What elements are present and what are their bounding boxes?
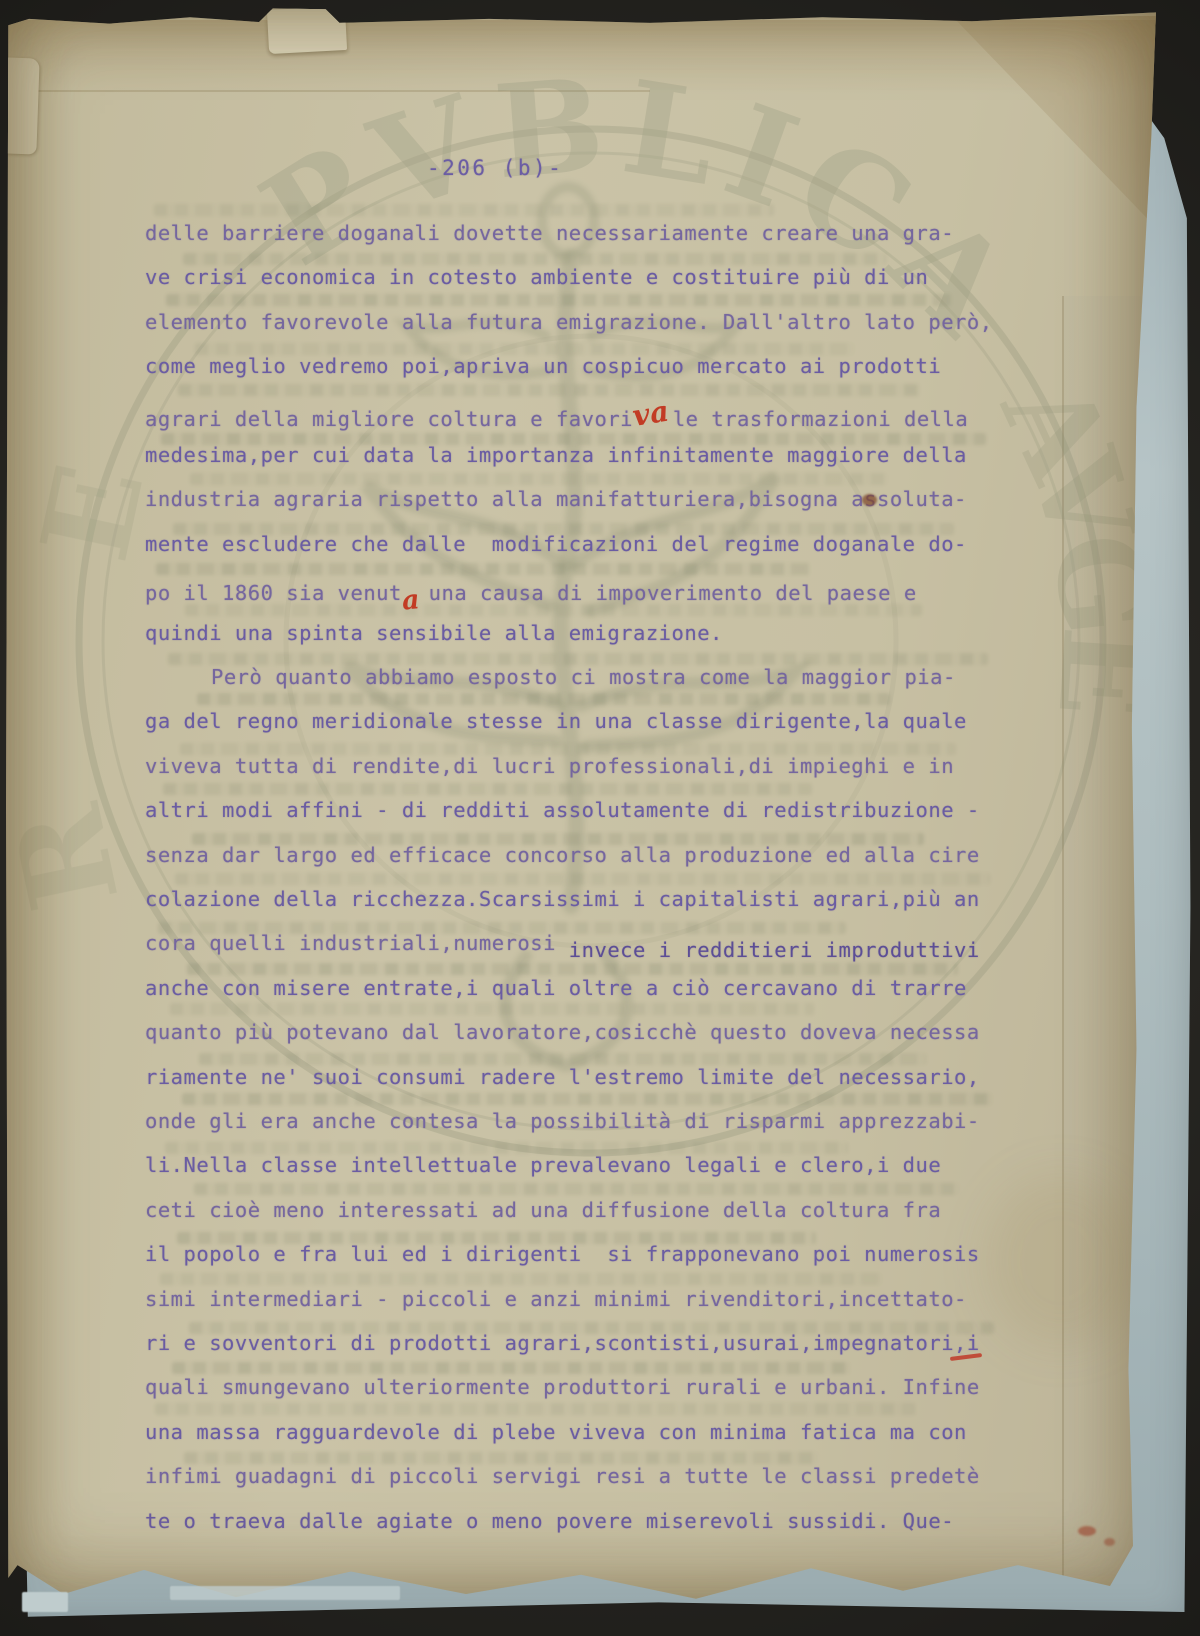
torn-paper-fragment	[22, 1592, 68, 1612]
typed-line: senza dar largo ed efficace concorso all…	[145, 843, 980, 867]
torn-edge-flap	[2, 57, 39, 154]
typed-line: ve crisi economica in cotesto ambiente e…	[145, 265, 928, 289]
typed-line: industria agraria rispetto alla manifatt…	[145, 487, 967, 511]
rust-stain	[1078, 1526, 1096, 1536]
ink-stain	[862, 494, 877, 506]
typed-line: simi intermediari - piccoli e anzi minim…	[145, 1287, 967, 1311]
typed-line: riamente ne' suoi consumi radere l'estre…	[145, 1065, 980, 1089]
rust-stain	[1104, 1538, 1115, 1546]
typed-line: viveva tutta di rendite,di lucri profess…	[145, 754, 954, 778]
offset-typed-insertion: invece i redditieri improduttivi	[569, 938, 980, 962]
document-page: PVBLICA AVGE E R	[6, 6, 1156, 1610]
typed-line: il popolo e fra lui ed i dirigenti si fr…	[145, 1242, 980, 1266]
typed-line: delle barriere doganali dovette necessar…	[145, 221, 954, 245]
red-ink-correction: va	[630, 395, 662, 433]
typed-line: onde gli era anche contesa la possibilit…	[145, 1109, 980, 1133]
typed-line: come meglio vedremo poi,apriva un cospic…	[145, 354, 941, 378]
typed-text-block: delle barriere doganali dovette necessar…	[6, 6, 1156, 1610]
typed-line: una massa ragguardevole di plebe viveva …	[145, 1420, 967, 1444]
typed-line: ri e sovventori di prodotti agrari,scont…	[145, 1331, 980, 1355]
typed-line: quali smungevano ulteriormente produttor…	[145, 1375, 980, 1399]
typed-line: te o traeva dalle agiate o meno povere m…	[145, 1509, 954, 1533]
typed-line: colazione della ricchezza.Scarsissimi i …	[145, 887, 980, 911]
typed-line: ga del regno meridionale stesse in una c…	[145, 709, 967, 733]
typed-line: infimi guadagni di piccoli servigi resi …	[145, 1464, 980, 1488]
typed-line: elemento favorevole alla futura emigrazi…	[145, 310, 993, 334]
red-underline-mark: i	[967, 1331, 980, 1355]
typed-line: ceti cioè meno interessati ad una diffus…	[145, 1198, 941, 1222]
scan-background: PVBLICA AVGE E R	[0, 0, 1200, 1636]
typed-line: altri modi affini - di redditi assolutam…	[145, 798, 980, 822]
typed-line: mente escludere che dalle modificazioni …	[145, 532, 967, 556]
typed-line: cora quelli industriali,numerosi invece …	[145, 931, 980, 955]
typed-line: li.Nella classe intellettuale prevalevan…	[145, 1153, 941, 1177]
typed-line: po il 1860 sia venuta una causa di impov…	[145, 576, 917, 607]
typed-line: agrari della migliore coltura e favoriva…	[145, 399, 968, 433]
typed-line: anche con misere entrate,i quali oltre a…	[145, 976, 967, 1000]
torn-edge-flap	[267, 6, 347, 54]
typed-line: Però quanto abbiamo esposto ci mostra co…	[145, 665, 956, 689]
typed-line: medesima,per cui data la importanza infi…	[145, 443, 967, 467]
red-ink-correction: a	[401, 585, 418, 617]
typed-line: quanto più potevano dal lavoratore,cosic…	[145, 1020, 980, 1044]
torn-paper-fragment	[170, 1586, 400, 1600]
typed-line: quindi una spinta sensibile alla emigraz…	[145, 621, 723, 645]
